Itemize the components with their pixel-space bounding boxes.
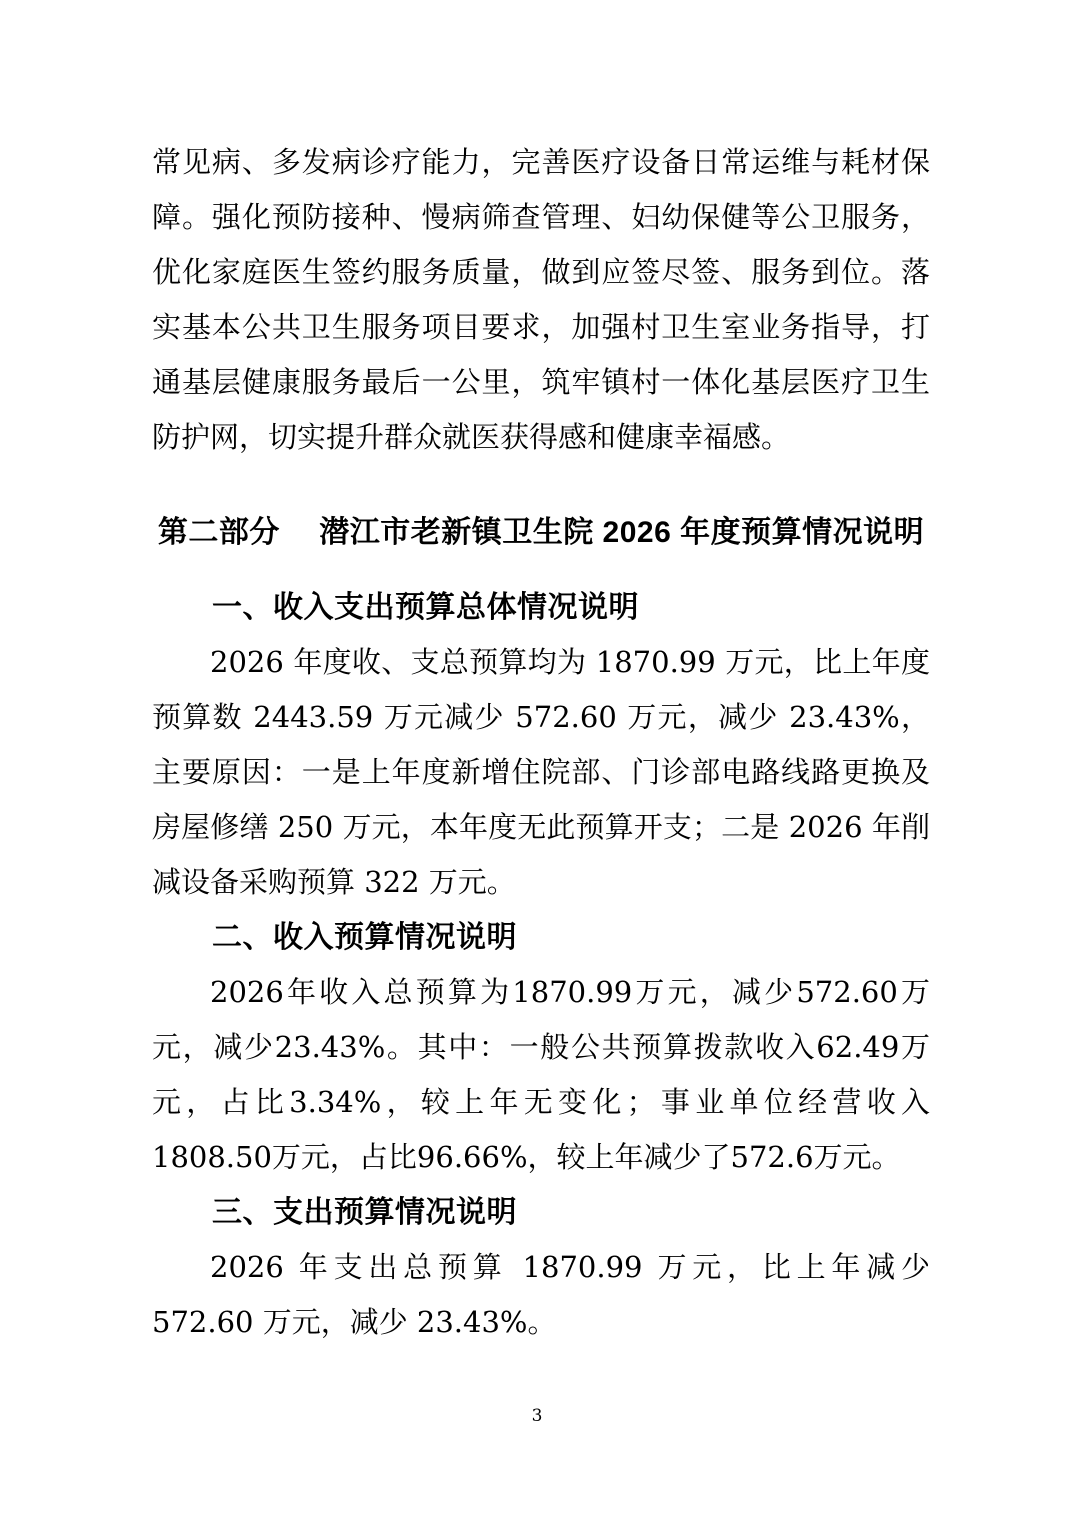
section2-paragraph: 2026年收入总预算为1870.99万元，减少572.60万元，减少23.43%… xyxy=(152,965,930,1185)
section1-paragraph: 2026 年度收、支总预算均为 1870.99 万元，比上年度预算数 2443.… xyxy=(152,635,930,910)
page-number: 3 xyxy=(0,1405,1074,1427)
section3-title: 三、支出预算情况说明 xyxy=(152,1185,930,1240)
document-page: 常见病、多发病诊疗能力，完善医疗设备日常运维与耗材保障。强化预防接种、慢病筛查管… xyxy=(0,0,1074,1520)
section2-title: 二、收入预算情况说明 xyxy=(152,910,930,965)
section1-title: 一、收入支出预算总体情况说明 xyxy=(152,580,930,635)
part2-title: 第二部分 潜江市老新镇卫生院 2026 年度预算情况说明 xyxy=(152,505,930,560)
section3-paragraph: 2026 年支出总预算 1870.99 万元，比上年减少 572.60 万元，减… xyxy=(152,1240,930,1350)
paragraph-continued-from-previous-page: 常见病、多发病诊疗能力，完善医疗设备日常运维与耗材保障。强化预防接种、慢病筛查管… xyxy=(152,135,930,465)
